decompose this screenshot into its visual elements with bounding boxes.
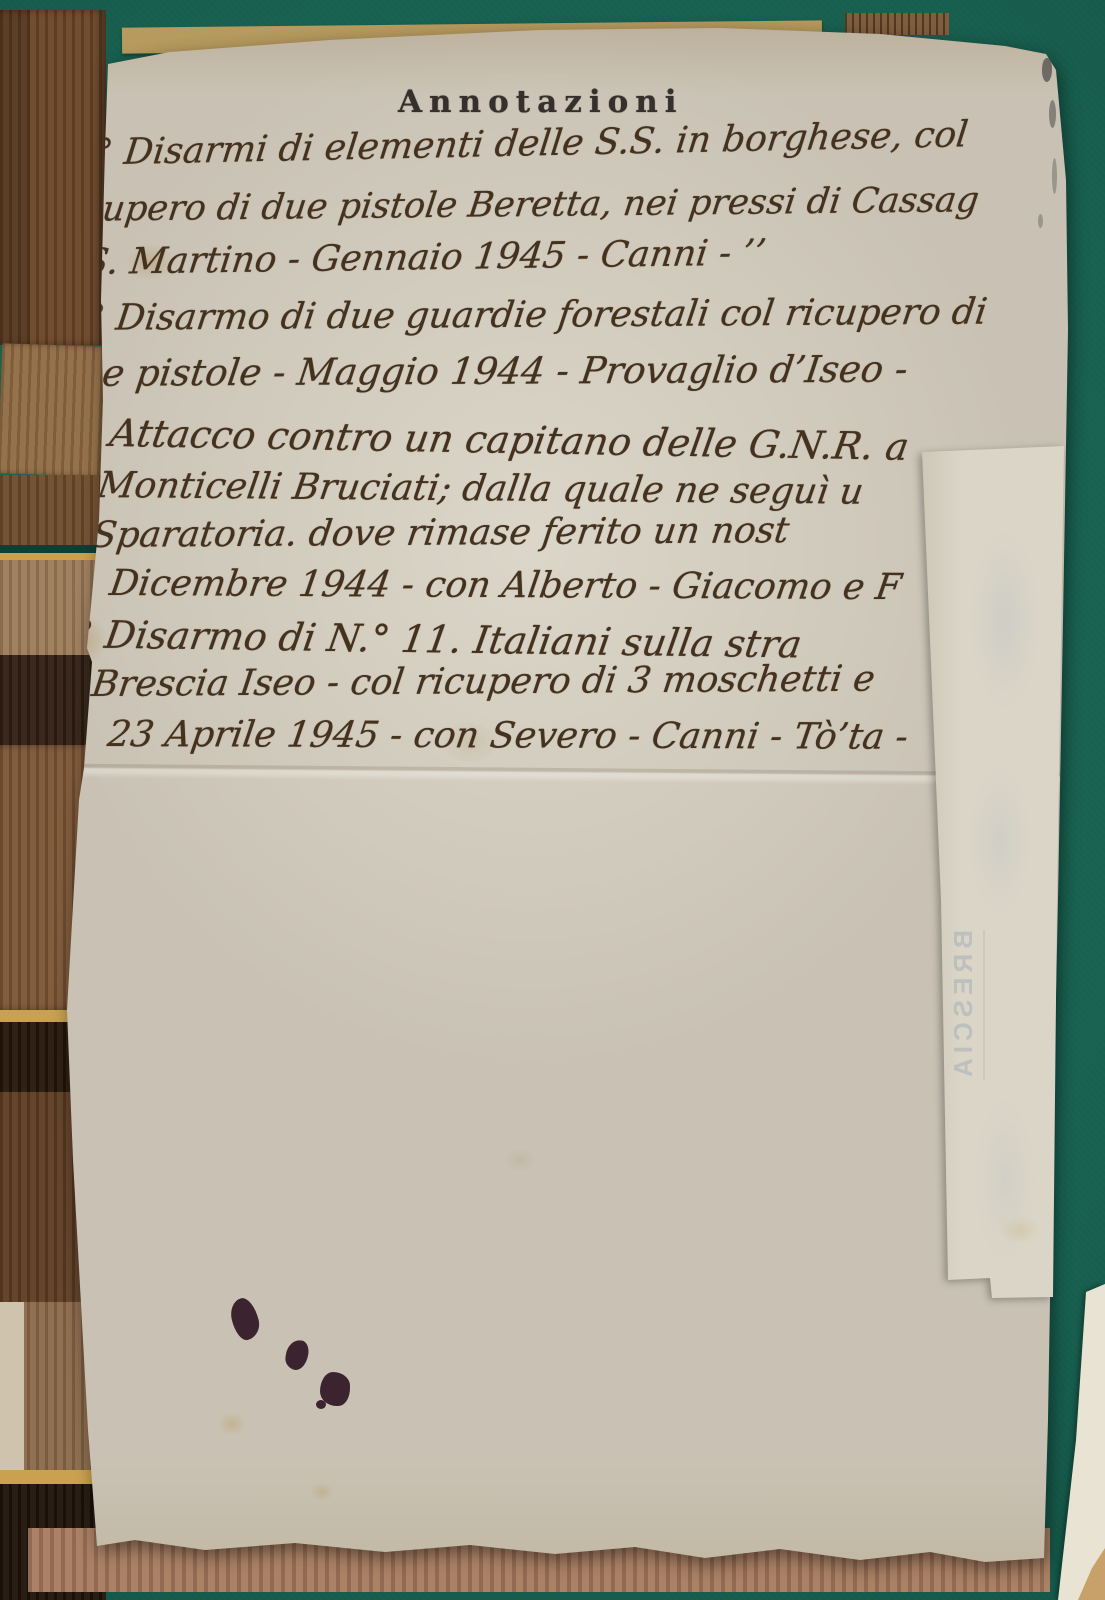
corner-scrap xyxy=(0,0,1105,1600)
corner-scrap-wrap xyxy=(0,0,1105,1600)
corner-scrap-tan xyxy=(0,0,1105,1600)
photographed-document-scene: Annotazioni 4° Disarmi di elementi delle… xyxy=(0,0,1105,1600)
